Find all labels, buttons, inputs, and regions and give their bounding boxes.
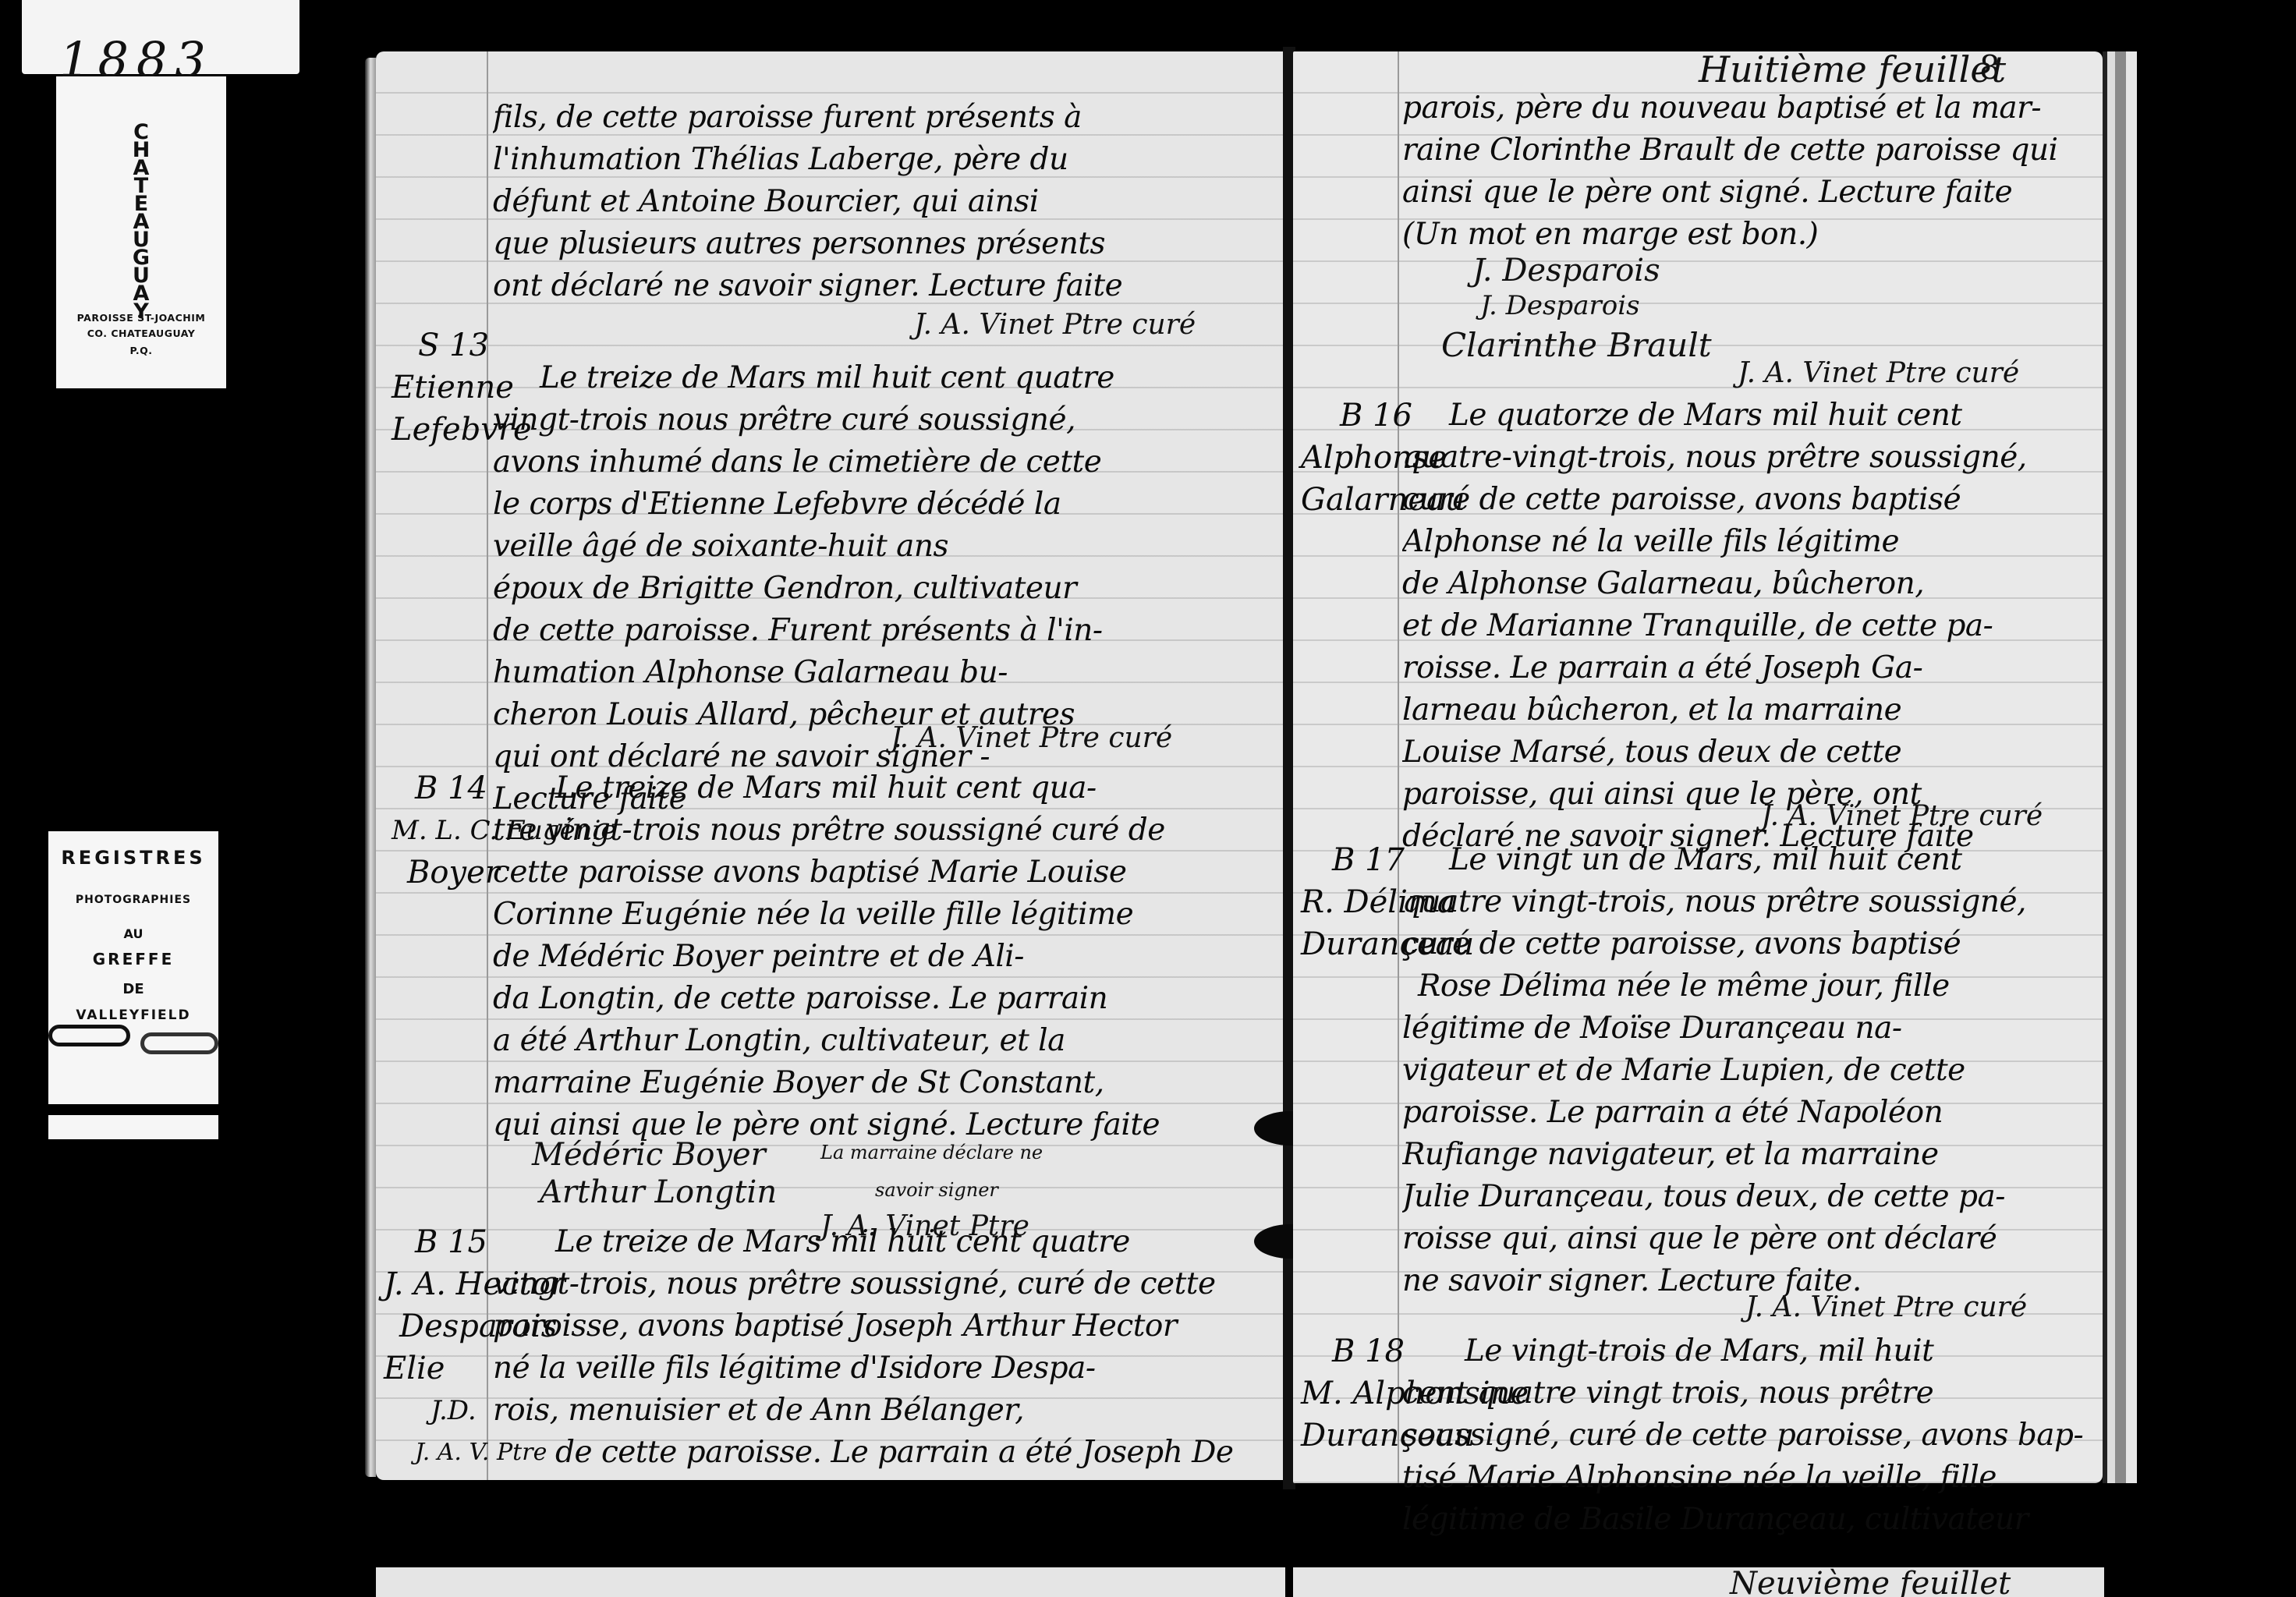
registry-label-strip: REGISTRES PHOTOGRAPHIES AU GREFFE DE VAL… [48,831,218,1139]
priest-signature: J. A. Vinet Ptre curé [1738,357,2019,389]
entry-text-b15: Le treize de Mars mil huit cent quatre v… [493,1221,1233,1474]
county-label: CO. CHATEAUGUAY [56,328,226,339]
location-label-strip: C H A T E A U G U A Y PAROISSE ST-JOACHI… [56,76,226,388]
next-page-left [376,1567,1285,1597]
continuation-text: parois, père du nouveau baptisé et la ma… [1402,87,2058,256]
margin-rule [1398,51,1399,1483]
registry-line-3: AU [48,926,218,941]
right-register-page: Huitième feuillet 8 parois, père du nouv… [1293,51,2103,1483]
registry-line-6: VALLEYFIELD [48,1007,218,1023]
priest-signature: J. A. Vinet Ptre curé [891,722,1172,754]
paper-clip-icon [140,1032,218,1054]
next-folio-title: Neuvième feuillet [1730,1566,2011,1597]
priest-signature: J. A. Vinet Ptre curé [1761,800,2043,832]
entry-text-b18: Le vingt-trois de Mars, mil huit cent qu… [1402,1330,2083,1541]
left-register-page: fils, de cette paroisse furent présents … [376,51,1285,1480]
registry-line-5: DE [48,981,218,997]
continuation-text: fils, de cette paroisse furent présents … [493,97,1122,307]
location-vertical-text: C H A T E A U G U A Y [56,123,226,320]
witness-signature: Médéric Boyer [532,1137,766,1173]
province-label: P.Q. [56,345,226,356]
witness-signature: Clarinthe Brault [1441,326,1712,364]
entry-text-b16: Le quatorze de Mars mil huit cent quatre… [1402,395,2027,858]
page-stack-edge [2103,51,2137,1483]
strip-divider [48,1104,218,1115]
registry-line-1: REGISTRES [48,847,218,869]
registry-line-4: GREFFE [48,950,218,968]
witness-signature: J. Desparois [1480,290,1640,321]
priest-signature: J. A. Vinet Ptre curé [914,309,1196,341]
entry-text-b14: Le treize de Mars mil huit cent qua- tre… [493,767,1165,1146]
year-tag: 1883 [22,0,299,74]
paper-clip-icon [48,1025,130,1046]
witness-note: savoir signer [875,1179,998,1201]
priest-signature: J. A. Vinet Ptre curé [1745,1291,2027,1323]
witness-signature: J. Desparois [1472,253,1660,289]
witness-signature: Arthur Longtin [540,1174,777,1210]
witness-note: La marraine déclare ne [820,1142,1043,1163]
parish-label: PAROISSE ST-JOACHIM [56,312,226,324]
page-number: 8 [1979,48,2000,87]
next-page-right: Neuvième feuillet [1293,1567,2104,1597]
registry-line-2: PHOTOGRAPHIES [48,894,218,906]
entry-text-b17: Le vingt un de Mars, mil huit cent quatr… [1402,839,2026,1302]
folio-title: Huitième feuillet [1699,48,2006,90]
